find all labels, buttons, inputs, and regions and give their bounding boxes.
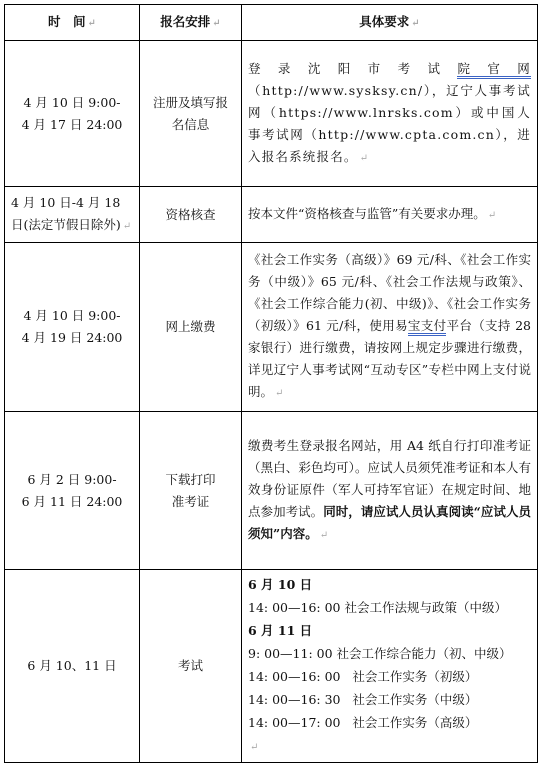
table-row: 6 月 10、11 日 考试 6 月 10 日 14: 00—16: 00 社会… bbox=[5, 570, 538, 763]
header-arrangement: 报名安排↵ bbox=[140, 5, 242, 41]
exam-session: 14: 00—16: 00 社会工作实务（初级） bbox=[248, 665, 531, 688]
paragraph-mark-icon: ↵ bbox=[88, 18, 96, 29]
arrangement-cell: 下载打印 准考证 bbox=[140, 412, 242, 570]
time-cell: 6 月 10、11 日 bbox=[5, 570, 140, 763]
requirement-cell: 按本文件“资格核查与监管”有关要求办理。↵ bbox=[242, 187, 538, 243]
exam-schedule-table: 时 间↵ 报名安排↵ 具体要求↵ 4 月 10 日 9:00- 4 月 17 日… bbox=[4, 4, 538, 763]
arrangement-cell: 考试 bbox=[140, 570, 242, 763]
requirement-cell: 登 录 沈 阳 市 考 试 院 官 网（http://www.sysksy.cn… bbox=[242, 41, 538, 187]
arrangement-cell: 网上缴费 bbox=[140, 243, 242, 412]
time-cell: 4 月 10 日 9:00- 4 月 19 日 24:00 bbox=[5, 243, 140, 412]
requirement-cell: 《社会工作实务（高级）》69 元/科、《社会工作实务（中级）》65 元/科、《社… bbox=[242, 243, 538, 412]
arrangement-cell: 资格核查 bbox=[140, 187, 242, 243]
requirement-cell: 6 月 10 日 14: 00—16: 00 社会工作法规与政策（中级） 6 月… bbox=[242, 570, 538, 763]
paragraph-mark-icon: ↵ bbox=[320, 530, 328, 541]
exam-session: 14: 00—16: 30 社会工作实务（中级） bbox=[248, 688, 531, 711]
paragraph-mark-icon: ↵ bbox=[488, 210, 496, 221]
paragraph-mark-icon: ↵ bbox=[212, 18, 220, 29]
table-row: 6 月 2 日 9:00- 6 月 11 日 24:00 下载打印 准考证 缴费… bbox=[5, 412, 538, 570]
header-row: 时 间↵ 报名安排↵ 具体要求↵ bbox=[5, 5, 538, 41]
time-cell: 6 月 2 日 9:00- 6 月 11 日 24:00 bbox=[5, 412, 140, 570]
paragraph-mark-icon: ↵ bbox=[123, 221, 131, 232]
requirement-cell: 缴费考生登录报名网站，用 A4 纸自行打印准考证（黑白、彩色均可）。应试人员须凭… bbox=[242, 412, 538, 570]
paragraph-mark-icon: ↵ bbox=[250, 742, 258, 753]
exam-session: 14: 00—16: 00 社会工作法规与政策（中级） bbox=[248, 596, 531, 619]
exam-session: 14: 00—17: 00 社会工作实务（高级） bbox=[248, 711, 531, 734]
paragraph-mark-icon: ↵ bbox=[411, 18, 419, 29]
time-cell: 4 月 10 日 9:00- 4 月 17 日 24:00 bbox=[5, 41, 140, 187]
table-row: 4 月 10 日-4 月 18 日(法定节假日除外)↵ 资格核查 按本文件“资格… bbox=[5, 187, 538, 243]
exam-institute-link[interactable]: 院 官 网 bbox=[457, 61, 531, 79]
yeepay-link[interactable]: 宝支付 bbox=[408, 318, 447, 336]
exam-session: 9: 00—11: 00 社会工作综合能力（初、中级） bbox=[248, 642, 531, 665]
exam-date-heading: 6 月 10 日 bbox=[248, 573, 531, 596]
time-cell: 4 月 10 日-4 月 18 日(法定节假日除外)↵ bbox=[5, 187, 140, 243]
paragraph-mark-icon: ↵ bbox=[275, 388, 283, 399]
header-requirements: 具体要求↵ bbox=[242, 5, 538, 41]
table-row: 4 月 10 日 9:00- 4 月 17 日 24:00 注册及填写报 名信息… bbox=[5, 41, 538, 187]
header-time: 时 间↵ bbox=[5, 5, 140, 41]
table-row: 4 月 10 日 9:00- 4 月 19 日 24:00 网上缴费 《社会工作… bbox=[5, 243, 538, 412]
paragraph-mark-icon: ↵ bbox=[360, 153, 370, 164]
arrangement-cell: 注册及填写报 名信息 bbox=[140, 41, 242, 187]
exam-date-heading: 6 月 11 日 bbox=[248, 619, 531, 642]
